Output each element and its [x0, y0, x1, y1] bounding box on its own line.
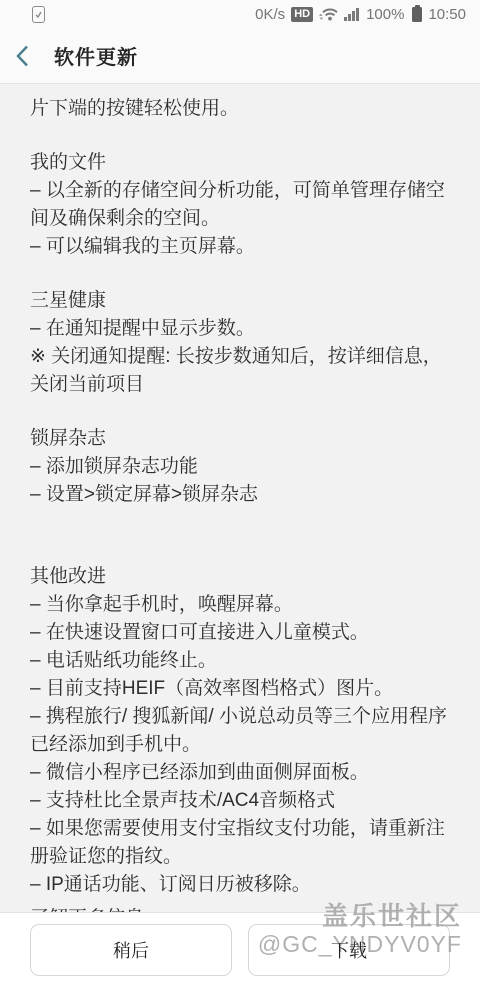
release-note-line: – IP通话功能、订阅日历被移除。	[30, 871, 454, 899]
later-button-label: 稍后	[113, 937, 149, 963]
release-note-line: – 设置>锁定屏幕>锁屏杂志	[30, 481, 454, 509]
section-heading: 我的文件	[30, 149, 454, 177]
update-section: 我的文件– 以全新的存储空间分析功能，可简单管理存储空间及确保剩余的空间。– 可…	[30, 149, 454, 261]
release-note-line: – 支持杜比全景声技术/AC4音频格式	[30, 787, 454, 815]
release-note-line: – 在快速设置窗口可直接进入儿童模式。	[30, 619, 454, 647]
status-bar: 0K/s HD 100%	[0, 0, 480, 28]
release-note-line: 片下端的按键轻松使用。	[30, 95, 454, 123]
clock: 10:50	[428, 6, 466, 23]
release-note-line: – 电话贴纸功能终止。	[30, 647, 454, 675]
release-note-line: – 携程旅行/ 搜狐新闻/ 小说总动员等三个应用程序已经添加到手机中。	[30, 703, 454, 759]
battery-percentage: 100%	[366, 6, 404, 23]
page-title: 软件更新	[54, 41, 138, 70]
section-heading: 其他改进	[30, 563, 454, 591]
screenshot-notification-icon	[32, 6, 45, 23]
later-button[interactable]: 稍后	[30, 924, 232, 976]
section-heading: 三星健康	[30, 287, 454, 315]
release-note-line: – 可以编辑我的主页屏幕。	[30, 233, 454, 261]
wifi-icon	[319, 7, 338, 21]
battery-icon	[412, 7, 422, 22]
release-note-line: – 目前支持HEIF（高效率图档格式）图片。	[30, 675, 454, 703]
app-bar: 软件更新	[0, 28, 480, 84]
action-bar: 稍后 下载	[0, 912, 480, 986]
hd-voice-badge: HD	[291, 7, 313, 22]
update-section: 锁屏杂志– 添加锁屏杂志功能– 设置>锁定屏幕>锁屏杂志	[30, 425, 454, 509]
release-notes: 片下端的按键轻松使用。 我的文件– 以全新的存储空间分析功能，可简单管理存储空间…	[0, 85, 480, 986]
release-note-line: – 如果您需要使用支付宝指纹支付功能，请重新注册验证您的指纹。	[30, 815, 454, 871]
update-section: 三星健康– 在通知提醒中显示步数。※ 关闭通知提醒: 长按步数通知后，按详细信息…	[30, 287, 454, 399]
network-speed: 0K/s	[255, 6, 285, 23]
download-button-label: 下载	[331, 937, 367, 963]
update-section: 其他改进– 当你拿起手机时，唤醒屏幕。– 在快速设置窗口可直接进入儿童模式。– …	[30, 563, 454, 899]
release-note-line: – 微信小程序已经添加到曲面侧屏面板。	[30, 759, 454, 787]
release-note-line: – 添加锁屏杂志功能	[30, 453, 454, 481]
release-note-line: ※ 关闭通知提醒: 长按步数通知后，按详细信息，关闭当前项目	[30, 343, 454, 399]
section-heading: 锁屏杂志	[30, 425, 454, 453]
release-note-line: – 在通知提醒中显示步数。	[30, 315, 454, 343]
cellular-signal-icon	[344, 7, 360, 21]
download-button[interactable]: 下载	[248, 924, 450, 976]
release-note-line: – 当你拿起手机时，唤醒屏幕。	[30, 591, 454, 619]
back-button[interactable]	[0, 28, 44, 84]
chevron-left-icon	[16, 45, 29, 67]
screen: 0K/s HD 100%	[0, 0, 480, 986]
release-note-line: – 以全新的存储空间分析功能，可简单管理存储空间及确保剩余的空间。	[30, 177, 454, 233]
